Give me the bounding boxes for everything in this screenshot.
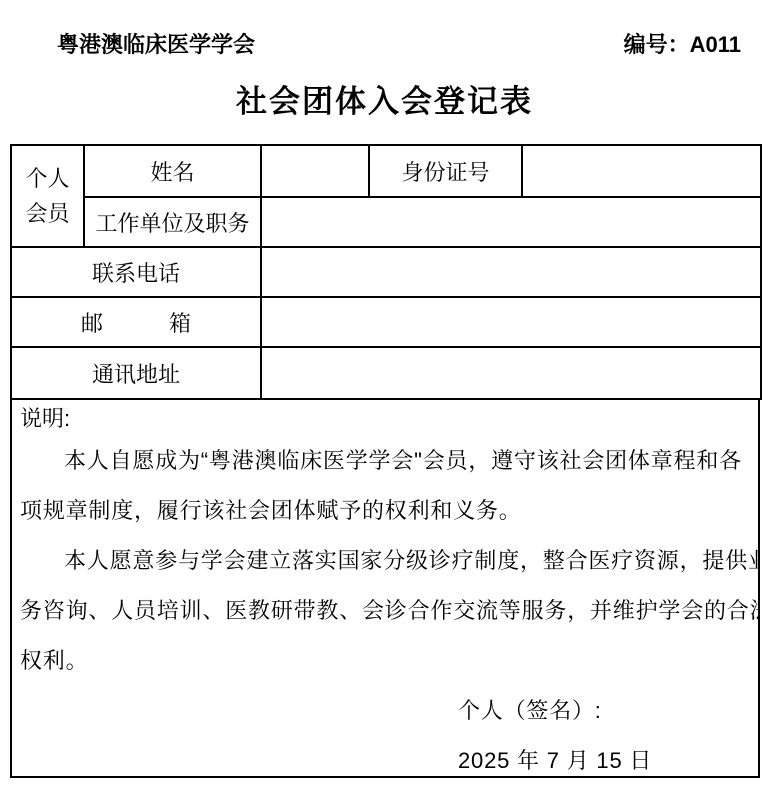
- serial-number: 编号：A011: [624, 28, 741, 59]
- notes-section: 说明: 本人自愿成为“粤港澳临床医学学会"会员，遵守该社会团体章程和各 项规章制…: [10, 398, 760, 778]
- notes-paragraph2-line3: 权利。: [20, 636, 750, 686]
- notes-paragraph2-line2: 务咨询、人员培训、医教研带教、会诊合作交流等服务，并维护学会的合法: [20, 586, 750, 636]
- registration-form-page: 粤港澳临床医学学会 编号：A011 社会团体入会登记表 个人 会员 姓名 身份证…: [0, 0, 769, 787]
- name-label-cell: 姓名: [84, 145, 261, 197]
- member-type-cell: 个人 会员: [11, 145, 84, 247]
- name-value-cell[interactable]: [261, 145, 369, 197]
- email-label-cell: 邮 箱: [11, 297, 261, 347]
- email-value-cell[interactable]: [261, 297, 761, 347]
- phone-value-cell[interactable]: [261, 247, 761, 297]
- member-info-table: 个人 会员 姓名 身份证号 工作单位及职务 联系电话 邮 箱 通讯地址: [10, 144, 762, 400]
- notes-paragraph2-line1: 本人愿意参与学会建立落实国家分级诊疗制度，整合医疗资源，提供业: [20, 536, 750, 586]
- org-name: 粤港澳临床医学学会: [57, 28, 255, 59]
- notes-paragraph1-line2: 项规章制度，履行该社会团体赋予的权利和义务。: [20, 486, 750, 536]
- work-value-cell[interactable]: [261, 197, 761, 247]
- page-title: 社会团体入会登记表: [0, 76, 769, 121]
- address-value-cell[interactable]: [261, 347, 761, 399]
- form-header: 粤港澳临床医学学会 编号：A011: [57, 28, 741, 59]
- address-label-cell: 通讯地址: [11, 347, 261, 399]
- member-type-line1: 个人: [12, 161, 83, 196]
- notes-heading: 说明:: [20, 402, 750, 436]
- id-label-cell: 身份证号: [369, 145, 522, 197]
- signature-label[interactable]: 个人（签名）:: [20, 686, 750, 736]
- phone-label-cell: 联系电话: [11, 247, 261, 297]
- date-text: 2025 年 7 月 15 日: [20, 736, 750, 778]
- id-value-cell[interactable]: [522, 145, 761, 197]
- work-label-cell: 工作单位及职务: [84, 197, 261, 247]
- member-type-line2: 会员: [12, 196, 83, 231]
- notes-paragraph1-line1: 本人自愿成为“粤港澳临床医学学会"会员，遵守该社会团体章程和各: [20, 436, 750, 486]
